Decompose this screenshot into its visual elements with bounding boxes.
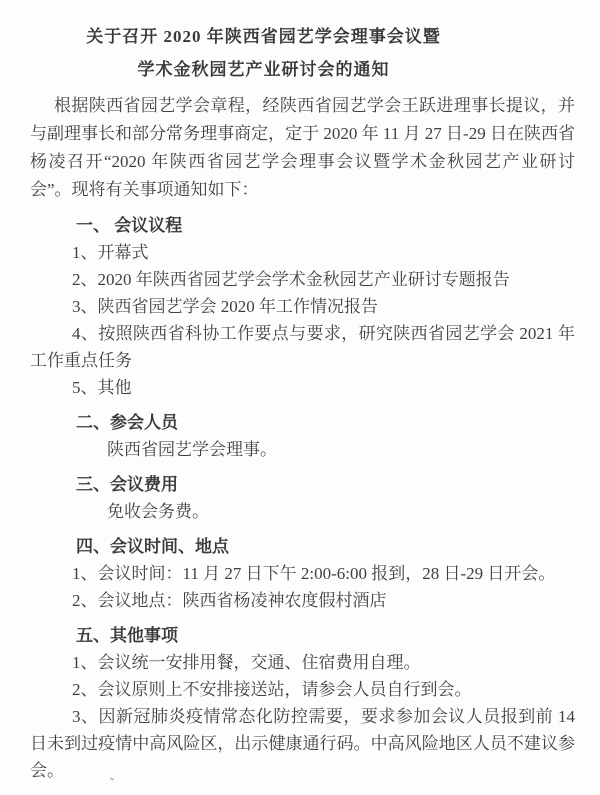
- other-item-3: 3、因新冠肺炎疫情常态化防控需要，要求参加会议人员报到前 14 日未到过疫情中高…: [30, 703, 575, 784]
- page-title-line1: 关于召开 2020 年陕西省园艺学会理事会议暨: [30, 20, 575, 53]
- other-item-1: 1、会议统一安排用餐，交通、住宿费用自理。: [30, 649, 575, 676]
- place-item: 2、会议地点：陕西省杨凌神农度假村酒店: [30, 587, 575, 614]
- agenda-item-5: 5、其他: [30, 374, 575, 401]
- section-heading-fees: 三、会议费用: [30, 471, 575, 498]
- section-heading-agenda: 一、 会议议程: [30, 212, 575, 239]
- attendees-body: 陕西省园艺学会理事。: [30, 436, 575, 463]
- agenda-item-4: 4、按照陕西省科协工作要点与要求，研究陕西省园艺学会 2021 年工作重点任务: [30, 320, 575, 374]
- section-heading-other: 五、其他事项: [30, 622, 575, 649]
- agenda-item-3: 3、陕西省园艺学会 2020 年工作情况报告: [30, 293, 575, 320]
- time-item: 1、会议时间：11 月 27 日下午 2:00-6:00 报到，28 日-29 …: [30, 560, 575, 587]
- section-heading-attendees: 二、参会人员: [30, 409, 575, 436]
- fees-body: 免收会务费。: [30, 498, 575, 525]
- page-title-line2: 学术金秋园艺产业研讨会的通知: [30, 53, 575, 86]
- section-heading-time-place: 四、会议时间、地点: [30, 533, 575, 560]
- agenda-item-2: 2、2020 年陕西省园艺学会学术金秋园艺产业研讨专题报告: [30, 266, 575, 293]
- notice-document: 关于召开 2020 年陕西省园艺学会理事会议暨 学术金秋园艺产业研讨会的通知 根…: [0, 0, 600, 795]
- agenda-item-1: 1、开幕式: [30, 239, 575, 266]
- intro-paragraph: 根据陕西省园艺学会章程，经陕西省园艺学会王跃进理事长提议，并与副理事长和部分常务…: [30, 92, 575, 204]
- other-item-2: 2、会议原则上不安排接送站，请参会人员自行到会。: [30, 676, 575, 703]
